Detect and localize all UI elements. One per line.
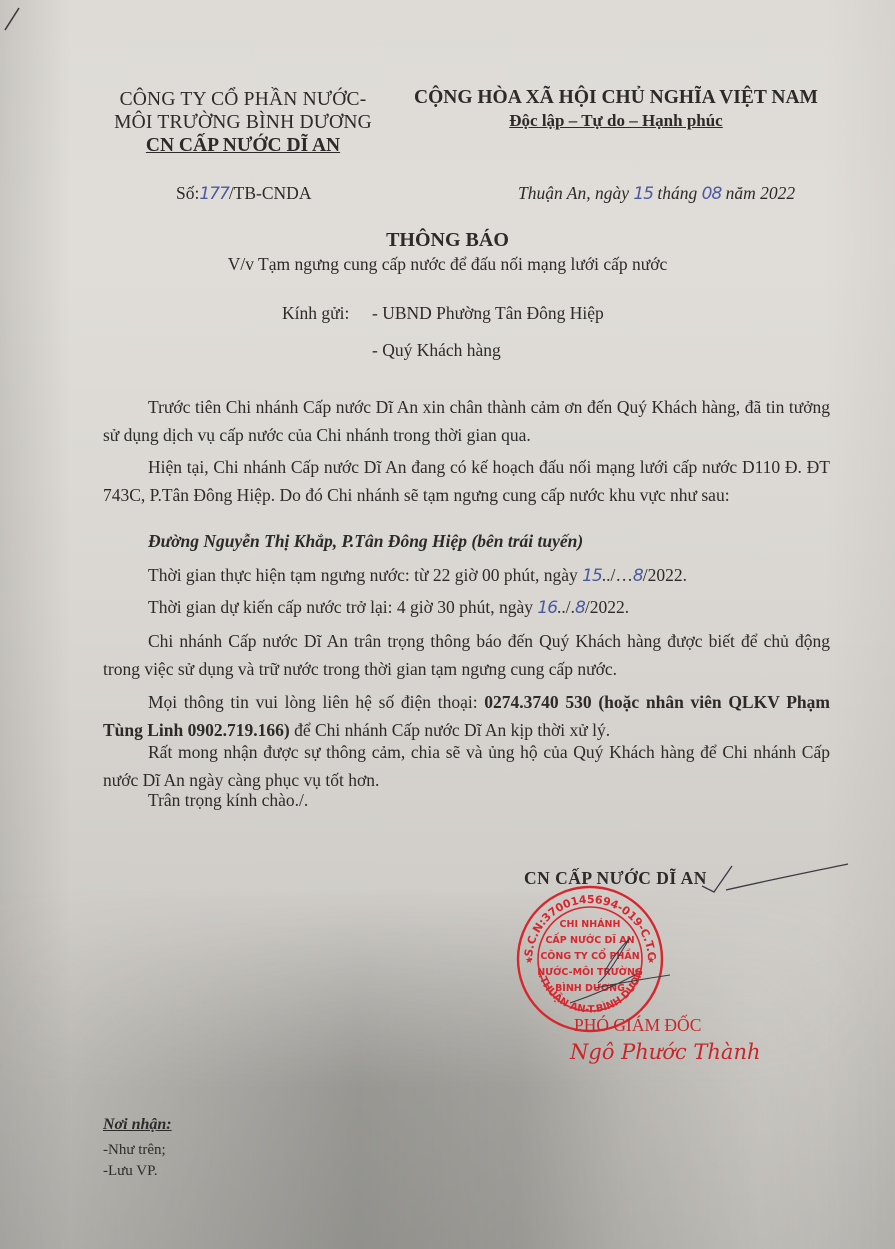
signer-title: PHÓ GIÁM ĐỐC (574, 1015, 701, 1036)
date-line: Thuận An, ngày 15 tháng 08 năm 2022 (518, 183, 795, 204)
stop-time-year: /2022. (643, 565, 687, 585)
resume-time-day: 16 (537, 598, 557, 618)
stop-time-day: 15 (582, 566, 602, 586)
body-paragraph-3: Chi nhánh Cấp nước Dĩ An trân trọng thôn… (103, 627, 830, 683)
contact-lead: Mọi thông tin vui lòng liên hệ số điện t… (148, 692, 484, 712)
org-line-2: MÔI TRƯỜNG BÌNH DƯƠNG (98, 111, 388, 134)
stop-time: Thời gian thực hiện tạm ngưng nước: từ 2… (148, 565, 687, 586)
org-line-1: CÔNG TY CỔ PHẦN NƯỚC- (98, 88, 388, 111)
affected-area: Đường Nguyễn Thị Khắp, P.Tân Đông Hiệp (… (148, 531, 583, 552)
date-month-label: tháng (657, 183, 697, 203)
body-paragraph-2: Hiện tại, Chi nhánh Cấp nước Dĩ An đang … (103, 453, 830, 509)
contact-paragraph: Mọi thông tin vui lòng liên hệ số điện t… (103, 688, 830, 744)
document-title: THÔNG BÁO (0, 229, 895, 252)
svg-text:CÔNG TY CỔ PHẦN: CÔNG TY CỔ PHẦN (540, 949, 639, 962)
official-stamp-icon: M.S.C.N:3700145694-019-C.T.C.P TP.THUẬN … (510, 883, 670, 1033)
svg-text:CHI NHÁNH: CHI NHÁNH (560, 918, 621, 930)
svg-text:★: ★ (647, 955, 655, 965)
signer-name: Ngô Phước Thành (570, 1040, 761, 1064)
recipient-item: - UBND Phường Tân Đông Hiệp (372, 303, 604, 324)
stop-time-month: 8 (633, 566, 643, 586)
stop-time-text: Thời gian thực hiện tạm ngưng nước: từ 2… (148, 565, 582, 585)
branch-name: CN CẤP NƯỚC DĨ AN (98, 134, 388, 157)
resume-time: Thời gian dự kiến cấp nước trở lại: 4 gi… (148, 597, 629, 618)
doc-number-handwritten: 177 (199, 184, 228, 204)
svg-text:CẤP NƯỚC DĨ AN: CẤP NƯỚC DĨ AN (545, 933, 634, 946)
resume-time-month: 8 (575, 598, 585, 618)
distribution-title: Nơi nhận: (103, 1116, 172, 1134)
document-subject: V/v Tạm ngưng cung cấp nước để đấu nối m… (0, 254, 895, 275)
svg-text:★: ★ (525, 955, 533, 965)
contact-tail: để Chi nhánh Cấp nước Dĩ An kịp thời xử … (290, 720, 610, 740)
body-paragraph-4: Rất mong nhận được sự thông cảm, chia sẽ… (103, 738, 830, 794)
doc-number-suffix: /TB-CNDA (229, 183, 312, 203)
doc-number-prefix: Số: (176, 183, 199, 203)
resume-time-year: /2022. (585, 597, 629, 617)
national-motto: Độc lập – Tự do – Hạnh phúc (400, 110, 832, 132)
svg-text:NƯỚC-MÔI TRƯỜNG: NƯỚC-MÔI TRƯỜNG (537, 966, 643, 978)
distribution-item: -Như trên; (103, 1142, 166, 1159)
closing: Trân trọng kính chào./. (148, 790, 308, 811)
resume-time-text: Thời gian dự kiến cấp nước trở lại: 4 gi… (148, 597, 537, 617)
nation-name: CỘNG HÒA XÃ HỘI CHỦ NGHĨA VIỆT NAM (400, 86, 832, 110)
recipients-label: Kính gửi: (282, 303, 349, 324)
date-day: 15 (633, 184, 653, 204)
pen-mark-icon (4, 6, 20, 32)
signature-flourish-icon (700, 858, 850, 898)
photo-shadow (0, 889, 895, 1249)
document-number: Số:177/TB-CNDA (176, 183, 311, 204)
date-month: 08 (702, 184, 722, 204)
body-paragraph-1: Trước tiên Chi nhánh Cấp nước Dĩ An xin … (103, 393, 830, 449)
date-year: năm 2022 (726, 183, 796, 203)
distribution-item: -Lưu VP. (103, 1163, 158, 1180)
issuing-organization: CÔNG TY CỔ PHẦN NƯỚC- MÔI TRƯỜNG BÌNH DƯ… (98, 88, 388, 157)
national-header: CỘNG HÒA XÃ HỘI CHỦ NGHĨA VIỆT NAM Độc l… (400, 86, 832, 132)
recipient-item: - Quý Khách hàng (372, 340, 501, 361)
date-place: Thuận An, ngày (518, 183, 629, 203)
